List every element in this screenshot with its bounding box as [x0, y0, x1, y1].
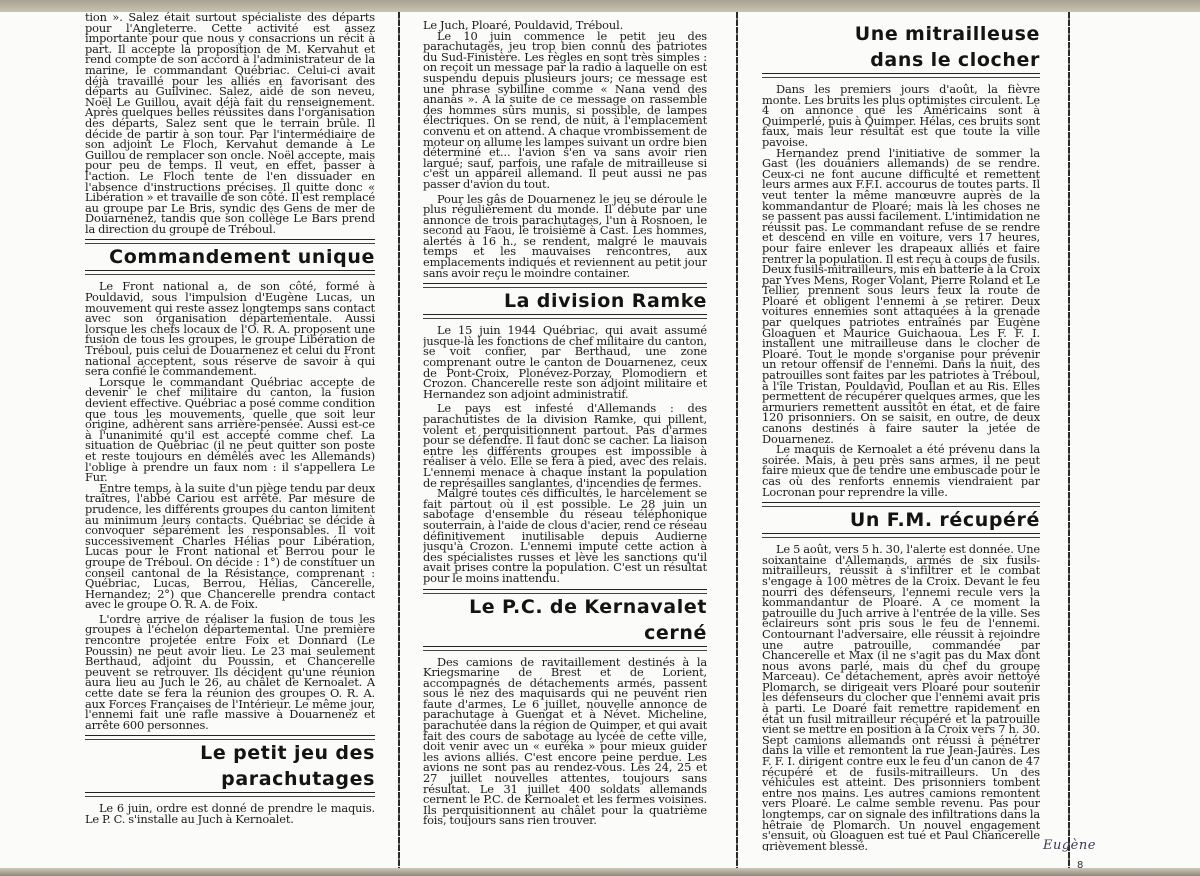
section-headline: La division Ramke — [423, 283, 707, 319]
scan-bottom-edge — [0, 868, 1200, 876]
article-paragraph: Le 6 juin, ordre est donné de prendre le… — [85, 803, 375, 824]
headline-line: Un F.M. récupéré — [762, 507, 1040, 533]
article-paragraph: Des camions de ravitaillement destinés à… — [423, 657, 707, 827]
section-headline: Un F.M. récupéré — [762, 502, 1040, 538]
article-paragraph: Pour les gâs de Douarnenez le jeu se dér… — [423, 194, 707, 279]
headline-rule — [85, 270, 375, 275]
scan-top-edge — [0, 0, 1200, 12]
section-headline: Le P.C. de Kernavaletcerné — [423, 589, 707, 651]
headline-line: dans le clocher — [762, 47, 1040, 73]
article-paragraph: Entre temps, à la suite d'un piège tendu… — [85, 483, 375, 610]
article-paragraph: Le Front national a, de son côté, formé … — [85, 281, 375, 376]
headline-line: Le petit jeu des — [85, 740, 375, 766]
page-number: 8 — [1077, 860, 1083, 868]
section-headline: Une mitrailleusedans le clocher — [762, 21, 1040, 78]
headline-line: Une mitrailleuse — [762, 21, 1040, 47]
article-paragraph: Le maquis de Kernoalet a été prévenu dan… — [762, 444, 1040, 497]
article-paragraph: Lorsque le commandant Québriac accepte d… — [85, 377, 375, 483]
article-paragraph: Hernandez prend l'initiative de sommer l… — [762, 148, 1040, 445]
column-divider — [1068, 12, 1070, 868]
article-paragraph: Malgré toutes ces difficultés, le harcèl… — [423, 488, 707, 583]
section-headline: Le petit jeu desparachutages — [85, 735, 375, 797]
column-divider — [398, 12, 400, 868]
column-3: Une mitrailleusedans le clocherDans les … — [762, 16, 1040, 851]
headline-rule — [423, 314, 707, 319]
headline-rule — [423, 646, 707, 651]
newspaper-page: tion ». Salez était surtout spécialiste … — [0, 12, 1200, 868]
column-2: Le Juch, Ploaré, Pouldavid, Tréboul.Le 1… — [423, 20, 707, 826]
article-paragraph: Le 15 juin 1944 Québriac, qui avait assu… — [423, 325, 707, 399]
headline-rule — [85, 792, 375, 797]
column-divider — [736, 12, 738, 868]
article-paragraph: L'ordre arrive de réaliser la fusion de … — [85, 614, 375, 731]
handwritten-note: Eugène — [1043, 838, 1096, 853]
headline-rule — [762, 533, 1040, 538]
article-paragraph: Dans les premiers jours d'août, la fièvr… — [762, 84, 1040, 148]
headline-line: cerné — [423, 620, 707, 646]
article-paragraph: Le pays est infesté d'Allemands : des pa… — [423, 403, 707, 488]
section-headline: Commandement unique — [85, 239, 375, 275]
article-paragraph: Le 5 août, vers 5 h. 30, l'alerte est do… — [762, 544, 1040, 851]
article-paragraph: tion ». Salez était surtout spécialiste … — [85, 12, 375, 234]
article-paragraph: Le 10 juin commence le petit jeu des par… — [423, 31, 707, 190]
headline-line: La division Ramke — [423, 288, 707, 314]
column-1: tion ». Salez était surtout spécialiste … — [85, 12, 375, 825]
headline-rule — [762, 73, 1040, 78]
headline-line: Le P.C. de Kernavalet — [423, 594, 707, 620]
headline-line: parachutages — [85, 766, 375, 792]
headline-line: Commandement unique — [85, 244, 375, 270]
